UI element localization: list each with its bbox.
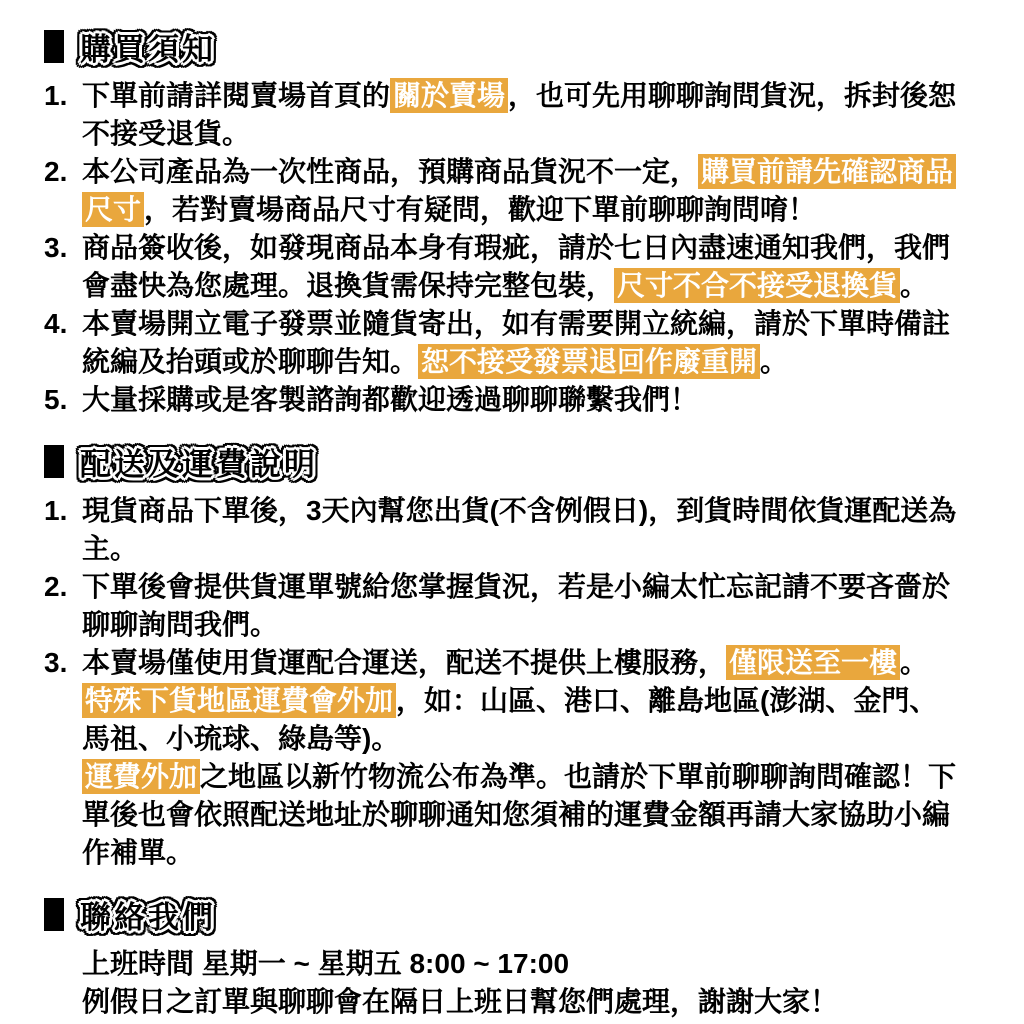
highlighted-text: 運費外加 bbox=[82, 759, 200, 794]
item-text: 下單前請詳閱賣場首頁的關於賣場，也可先用聊聊詢問貨況，拆封後恕不接受退貨。 bbox=[82, 77, 962, 153]
text-segment: 本賣場僅使用貨運配合運送，配送不提供上樓服務， bbox=[82, 647, 726, 678]
section-title: 聯絡我們 bbox=[80, 892, 216, 937]
highlighted-text: 僅限送至一樓 bbox=[726, 645, 900, 680]
text-segment: 現貨商品下單後，3天內幫您出貨(不含例假日)，到貨時間依貨運配送為主。 bbox=[82, 495, 956, 564]
item-text: 下單後會提供貨運單號給您掌握貨況，若是小編太忙忘記請不要吝嗇於聊聊詢問我們。 bbox=[82, 568, 962, 644]
item-number: 1. bbox=[44, 77, 82, 153]
list-item: 5.大量採購或是客製諮詢都歡迎透過聊聊聯繫我們！ bbox=[44, 381, 994, 419]
item-text: 本公司產品為一次性商品，預購商品貨況不一定，購買前請先確認商品尺寸，若對賣場商品… bbox=[82, 153, 962, 229]
list-item: 1.現貨商品下單後，3天內幫您出貨(不含例假日)，到貨時間依貨運配送為主。 bbox=[44, 492, 994, 568]
section-purchase-notice: 購買須知 1.下單前請詳閱賣場首頁的關於賣場，也可先用聊聊詢問貨況，拆封後恕不接… bbox=[44, 24, 994, 419]
shipping-list: 1.現貨商品下單後，3天內幫您出貨(不含例假日)，到貨時間依貨運配送為主。2.下… bbox=[44, 492, 994, 872]
item-text: 商品簽收後，如發現商品本身有瑕疵，請於七日內盡速通知我們，我們會盡快為您處理。退… bbox=[82, 229, 962, 305]
section-title: 配送及運費說明 bbox=[80, 439, 318, 484]
item-number: 5. bbox=[44, 381, 82, 419]
text-segment: 。 bbox=[900, 647, 928, 678]
item-text: 上班時間 星期一 ~ 星期五 8:00 ~ 17:00 bbox=[82, 945, 962, 983]
section-marker-square-icon bbox=[44, 898, 64, 931]
item-number: 4. bbox=[44, 305, 82, 381]
section-title: 購買須知 bbox=[80, 24, 216, 69]
item-number: 3. bbox=[44, 229, 82, 305]
item-number: 2. bbox=[44, 568, 82, 644]
section-header: 購買須知 bbox=[44, 24, 994, 68]
text-segment: 大量採購或是客製諮詢都歡迎透過聊聊聯繫我們！ bbox=[82, 384, 698, 415]
text-segment: 上班時間 星期一 ~ 星期五 8:00 ~ 17:00 bbox=[82, 948, 569, 979]
store-notice-page: 購買須知 1.下單前請詳閱賣場首頁的關於賣場，也可先用聊聊詢問貨況，拆封後恕不接… bbox=[0, 0, 1024, 1021]
highlighted-text: 恕不接受發票退回作廢重開 bbox=[418, 344, 760, 379]
text-segment: 例假日之訂單與聊聊會在隔日上班日幫您們處理，謝謝大家！ bbox=[82, 986, 838, 1017]
highlighted-text: 特殊下貨地區運費會外加 bbox=[82, 683, 396, 718]
list-item: 1.下單前請詳閱賣場首頁的關於賣場，也可先用聊聊詢問貨況，拆封後恕不接受退貨。 bbox=[44, 77, 994, 153]
item-number: 3. bbox=[44, 644, 82, 872]
item-text: 大量採購或是客製諮詢都歡迎透過聊聊聯繫我們！ bbox=[82, 381, 962, 419]
item-number bbox=[44, 945, 82, 983]
section-contact-us: 聯絡我們 上班時間 星期一 ~ 星期五 8:00 ~ 17:00例假日之訂單與聊… bbox=[44, 892, 994, 1021]
item-number bbox=[44, 983, 82, 1021]
text-segment: 。 bbox=[900, 270, 928, 301]
item-number: 1. bbox=[44, 492, 82, 568]
text-segment: 之地區以新竹物流公布為準。也請於下單前聊聊詢問確認！下單後也會依照配送地址於聊聊… bbox=[82, 761, 956, 868]
item-text: 本賣場僅使用貨運配合運送，配送不提供上樓服務，僅限送至一樓。特殊下貨地區運費會外… bbox=[82, 644, 962, 872]
text-segment: 。 bbox=[760, 346, 788, 377]
list-item: 3.商品簽收後，如發現商品本身有瑕疵，請於七日內盡速通知我們，我們會盡快為您處理… bbox=[44, 229, 994, 305]
highlighted-text: 尺寸不合不接受退換貨 bbox=[614, 268, 900, 303]
text-segment: 本公司產品為一次性商品，預購商品貨況不一定， bbox=[82, 156, 698, 187]
item-text: 例假日之訂單與聊聊會在隔日上班日幫您們處理，謝謝大家！ bbox=[82, 983, 962, 1021]
item-text: 本賣場開立電子發票並隨貨寄出，如有需要開立統編，請於下單時備註統編及抬頭或於聊聊… bbox=[82, 305, 962, 381]
list-item: 3.本賣場僅使用貨運配合運送，配送不提供上樓服務，僅限送至一樓。特殊下貨地區運費… bbox=[44, 644, 994, 872]
list-item: 例假日之訂單與聊聊會在隔日上班日幫您們處理，謝謝大家！ bbox=[44, 983, 994, 1021]
notice-list: 1.下單前請詳閱賣場首頁的關於賣場，也可先用聊聊詢問貨況，拆封後恕不接受退貨。2… bbox=[44, 77, 994, 419]
list-item: 上班時間 星期一 ~ 星期五 8:00 ~ 17:00 bbox=[44, 945, 994, 983]
list-item: 4.本賣場開立電子發票並隨貨寄出，如有需要開立統編，請於下單時備註統編及抬頭或於… bbox=[44, 305, 994, 381]
list-item: 2.本公司產品為一次性商品，預購商品貨況不一定，購買前請先確認商品尺寸，若對賣場… bbox=[44, 153, 994, 229]
highlighted-text: 關於賣場 bbox=[390, 78, 508, 113]
item-text: 現貨商品下單後，3天內幫您出貨(不含例假日)，到貨時間依貨運配送為主。 bbox=[82, 492, 962, 568]
text-segment: 下單前請詳閱賣場首頁的 bbox=[82, 80, 390, 111]
section-marker-square-icon bbox=[44, 30, 64, 63]
contact-list: 上班時間 星期一 ~ 星期五 8:00 ~ 17:00例假日之訂單與聊聊會在隔日… bbox=[44, 945, 994, 1021]
section-shipping-info: 配送及運費說明 1.現貨商品下單後，3天內幫您出貨(不含例假日)，到貨時間依貨運… bbox=[44, 439, 994, 872]
section-header: 配送及運費說明 bbox=[44, 439, 994, 483]
item-number: 2. bbox=[44, 153, 82, 229]
section-header: 聯絡我們 bbox=[44, 892, 994, 936]
list-item: 2.下單後會提供貨運單號給您掌握貨況，若是小編太忙忘記請不要吝嗇於聊聊詢問我們。 bbox=[44, 568, 994, 644]
section-marker-square-icon bbox=[44, 445, 64, 478]
text-segment: 下單後會提供貨運單號給您掌握貨況，若是小編太忙忘記請不要吝嗇於聊聊詢問我們。 bbox=[82, 571, 950, 640]
text-segment: ，若對賣場商品尺寸有疑問，歡迎下單前聊聊詢問唷！ bbox=[144, 194, 816, 225]
